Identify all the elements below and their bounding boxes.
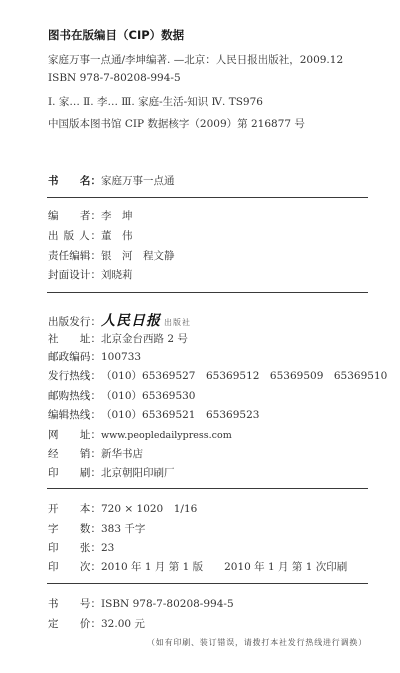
- info-value: 100733: [101, 351, 141, 363]
- info-label: 邮购热线：: [48, 388, 101, 403]
- pricing-label: 定 价：: [48, 616, 101, 631]
- book-title-value: 家庭万事一点通: [101, 173, 175, 188]
- spec-label: 印 张：: [48, 540, 101, 555]
- spec-label: 开 本：: [48, 501, 101, 516]
- info-label: 印 刷：: [48, 465, 101, 480]
- spec-row-word-count: 字 数： 383 千字: [48, 521, 145, 536]
- credit-value: 董 伟: [101, 228, 133, 243]
- divider: [47, 583, 368, 584]
- pricing-label: 书 号：: [48, 596, 101, 611]
- book-title-label: 书 名：: [48, 173, 101, 188]
- publisher-row-postcode: 邮政编码： 100733: [48, 349, 141, 364]
- spec-value: 720 × 1020 1/16: [101, 501, 197, 516]
- cip-line-classification: Ⅰ. 家… Ⅱ. 李… Ⅲ. 家庭-生活-知识 Ⅳ. TS976: [48, 94, 263, 109]
- info-label: 网 址：: [48, 427, 101, 442]
- cip-line-catalog: 家庭万事一点通/李坤编著. —北京：人民日报出版社，2009.12: [48, 52, 343, 67]
- spec-row-format: 开 本： 720 × 1020 1/16: [48, 501, 197, 516]
- publisher-logo-sub: 出版社: [164, 317, 191, 328]
- publisher-row-mail-order-hotline: 邮购热线： （010）65369530: [48, 388, 196, 403]
- info-value: 北京金台西路 2 号: [101, 331, 188, 346]
- publisher-row-printer: 印 刷： 北京朝阳印刷厂: [48, 465, 175, 480]
- spec-row-sheets: 印 张： 23: [48, 540, 114, 555]
- spec-value: 2010 年 1 月 第 1 版 2010 年 1 月 第 1 次印刷: [101, 559, 347, 574]
- info-label: 邮政编码：: [48, 349, 101, 364]
- credit-label: 出 版 人：: [48, 228, 101, 243]
- publisher-row-distribution-hotline: 发行热线： （010）65369527 65369512 65369509 65…: [48, 368, 387, 383]
- credit-row-editor: 编 者： 李 坤: [48, 208, 133, 223]
- info-value: 北京朝阳印刷厂: [101, 465, 175, 480]
- spec-label: 印 次：: [48, 559, 101, 574]
- credit-value: 刘晓莉: [101, 267, 133, 282]
- pricing-value: ISBN 978-7-80208-994-5: [101, 598, 234, 610]
- info-value: 新华书店: [101, 446, 143, 461]
- credit-label: 责任编辑：: [48, 248, 101, 263]
- publisher-logo: 人民日报: [101, 310, 161, 330]
- info-label: 编辑热线：: [48, 407, 101, 422]
- publisher-row-address: 社 址： 北京金台西路 2 号: [48, 331, 188, 346]
- book-title-row: 书 名： 家庭万事一点通: [48, 173, 175, 188]
- cip-title: 图书在版编目（CIP）数据: [48, 27, 184, 43]
- errata-note: （如有印刷、装订错误，请拨打本社发行热线进行调换）: [147, 637, 367, 648]
- info-value: （010）65369521 65369523: [101, 407, 259, 422]
- credit-value: 李 坤: [101, 208, 133, 223]
- info-value: （010）65369527 65369512 65369509 65369510: [101, 368, 387, 383]
- credit-row-responsible-editor: 责任编辑： 银 河 程文静: [48, 248, 175, 263]
- credit-label: 编 者：: [48, 208, 101, 223]
- spec-row-edition: 印 次： 2010 年 1 月 第 1 版 2010 年 1 月 第 1 次印刷: [48, 559, 347, 574]
- credit-label: 封面设计：: [48, 267, 101, 282]
- info-label: 经 销：: [48, 446, 101, 461]
- info-label: 社 址：: [48, 331, 101, 346]
- divider: [47, 488, 368, 489]
- spec-value: 23: [101, 542, 114, 554]
- credit-row-publisher-person: 出 版 人： 董 伟: [48, 228, 133, 243]
- cip-line-cip-number: 中国版本图书馆 CIP 数据核字（2009）第 216877 号: [48, 116, 305, 131]
- spec-value: 383 千字: [101, 521, 145, 536]
- cip-line-isbn: ISBN 978-7-80208-994-5: [48, 72, 181, 84]
- spec-label: 字 数：: [48, 521, 101, 536]
- credit-value: 银 河 程文静: [101, 248, 175, 263]
- pricing-row-isbn: 书 号： ISBN 978-7-80208-994-5: [48, 596, 234, 611]
- publisher-row-website: 网 址： www.peopledailypress.com: [48, 427, 232, 442]
- pricing-row-price: 定 价： 32.00 元: [48, 616, 145, 631]
- divider: [47, 292, 368, 293]
- info-label: 发行热线：: [48, 368, 101, 383]
- publisher-row: 出版发行： 人民日报 出版社: [48, 310, 191, 330]
- publisher-row-distributor: 经 销： 新华书店: [48, 446, 143, 461]
- website-link[interactable]: www.peopledailypress.com: [101, 430, 232, 441]
- info-value: （010）65369530: [101, 388, 196, 403]
- publisher-row-editorial-hotline: 编辑热线： （010）65369521 65369523: [48, 407, 259, 422]
- pricing-value: 32.00 元: [101, 616, 145, 631]
- credit-row-cover-design: 封面设计： 刘晓莉: [48, 267, 133, 282]
- publisher-label: 出版发行：: [48, 314, 101, 329]
- divider: [47, 197, 368, 198]
